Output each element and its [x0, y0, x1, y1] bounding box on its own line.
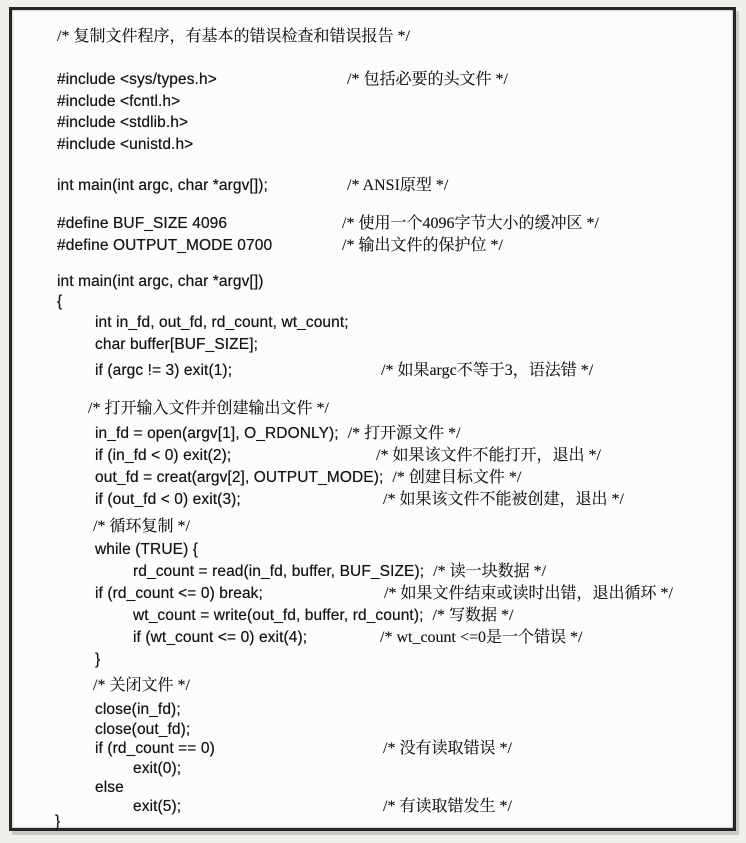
code-text: else [95, 779, 124, 796]
code-text: while (TRUE) { [95, 541, 198, 558]
code-line: if (rd_count == 0)/* 没有读取错误 */ [95, 739, 215, 761]
code-line: while (TRUE) { [95, 540, 198, 562]
code-text: #include <sys/types.h> [57, 71, 217, 88]
code-line: if (rd_count <= 0) break;/* 如果文件结束或读时出错，… [95, 584, 263, 606]
code-listing: /* 复制文件程序，有基本的错误检查和错误报告 */#include <sys/… [0, 0, 746, 843]
code-line: if (wt_count <= 0) exit(4);/* wt_count <… [133, 628, 307, 650]
code-line: if (in_fd < 0) exit(2);/* 如果该文件不能打开，退出 *… [95, 446, 231, 468]
comment-text: /* 如果该文件不能被创建，退出 */ [383, 490, 624, 510]
code-text: #define OUTPUT_MODE 0700 [57, 237, 272, 254]
code-line: in_fd = open(argv[1], O_RDONLY);/* 打开源文件… [95, 424, 461, 446]
code-text: rd_count = read(in_fd, buffer, BUF_SIZE)… [133, 563, 424, 580]
code-text: { [57, 293, 62, 310]
comment-text: /* 关闭文件 */ [93, 677, 190, 694]
code-line: rd_count = read(in_fd, buffer, BUF_SIZE)… [133, 562, 546, 584]
code-text: close(out_fd); [95, 721, 190, 738]
code-line: exit(0); [133, 759, 181, 781]
code-line: #define BUF_SIZE 4096/* 使用一个4096字节大小的缓冲区… [57, 214, 227, 236]
comment-text: /* 读一块数据 */ [433, 563, 546, 580]
code-line: out_fd = creat(argv[2], OUTPUT_MODE);/* … [95, 468, 521, 490]
code-line: /* 打开输入文件并创建输出文件 */ [88, 399, 329, 421]
comment-text: /* 循环复制 */ [93, 518, 190, 535]
code-line: /* 复制文件程序，有基本的错误检查和错误报告 */ [57, 27, 410, 49]
code-line: char buffer[BUF_SIZE]; [95, 335, 258, 357]
code-text: #define BUF_SIZE 4096 [57, 215, 227, 232]
code-text: if (argc != 3) exit(1); [95, 362, 232, 379]
comment-text: /* 输出文件的保护位 */ [342, 236, 503, 256]
comment-text: /* 没有读取错误 */ [383, 739, 512, 759]
code-line: /* 关闭文件 */ [93, 676, 190, 698]
code-line: exit(5);/* 有读取错发生 */ [133, 797, 181, 819]
code-text: int in_fd, out_fd, rd_count, wt_count; [95, 314, 349, 331]
code-text: int main(int argc, char *argv[]); [57, 177, 268, 194]
code-text: } [55, 813, 60, 830]
comment-text: /* 如果该文件不能打开，退出 */ [376, 446, 601, 466]
code-line: { [57, 292, 62, 314]
code-line: #include <sys/types.h>/* 包括必要的头文件 */ [57, 70, 217, 92]
comment-text: /* 如果argc不等于3，语法错 */ [381, 361, 593, 381]
comment-text: /* 创建目标文件 */ [392, 469, 521, 486]
code-text: if (out_fd < 0) exit(3); [95, 491, 241, 508]
code-text: exit(5); [133, 798, 181, 815]
code-text: #include <stdlib.h> [57, 114, 188, 131]
code-line: int main(int argc, char *argv[]);/* ANSI… [57, 176, 268, 198]
code-line: else [95, 778, 124, 800]
code-text: if (rd_count <= 0) break; [95, 585, 263, 602]
comment-text: /* 有读取错发生 */ [383, 797, 512, 817]
code-text: close(in_fd); [95, 701, 181, 718]
comment-text: /* 写数据 */ [433, 607, 514, 624]
code-line: if (argc != 3) exit(1);/* 如果argc不等于3，语法错… [95, 361, 232, 383]
comment-text: /* ANSI原型 */ [347, 176, 448, 196]
code-text: int main(int argc, char *argv[]) [57, 273, 264, 290]
code-text: wt_count = write(out_fd, buffer, rd_coun… [133, 607, 424, 624]
comment-text: /* wt_count <=0是一个错误 */ [380, 628, 583, 648]
code-line: if (out_fd < 0) exit(3);/* 如果该文件不能被创建，退出… [95, 490, 241, 512]
code-text: if (in_fd < 0) exit(2); [95, 447, 231, 464]
comment-text: /* 包括必要的头文件 */ [347, 70, 508, 90]
code-line: #include <unistd.h> [57, 135, 193, 157]
code-text: if (rd_count == 0) [95, 740, 215, 757]
comment-text: /* 如果文件结束或读时出错，退出循环 */ [384, 584, 673, 604]
code-line: /* 循环复制 */ [93, 517, 190, 539]
code-line: } [55, 812, 60, 834]
code-text: if (wt_count <= 0) exit(4); [133, 629, 307, 646]
code-line: } [95, 650, 100, 672]
code-line: #include <stdlib.h> [57, 113, 188, 135]
code-line: int in_fd, out_fd, rd_count, wt_count; [95, 313, 349, 335]
code-text: in_fd = open(argv[1], O_RDONLY); [95, 425, 339, 442]
code-line: #define OUTPUT_MODE 0700/* 输出文件的保护位 */ [57, 236, 272, 258]
code-line: wt_count = write(out_fd, buffer, rd_coun… [133, 606, 513, 628]
scanned-page: /* 复制文件程序，有基本的错误检查和错误报告 */#include <sys/… [0, 0, 746, 843]
comment-text: /* 复制文件程序，有基本的错误检查和错误报告 */ [57, 28, 410, 45]
code-line: close(in_fd); [95, 700, 181, 722]
comment-text: /* 打开输入文件并创建输出文件 */ [88, 400, 329, 417]
code-line: #include <fcntl.h> [57, 92, 180, 114]
comment-text: /* 打开源文件 */ [348, 425, 461, 442]
code-text: #include <unistd.h> [57, 136, 193, 153]
comment-text: /* 使用一个4096字节大小的缓冲区 */ [342, 214, 599, 234]
code-line: int main(int argc, char *argv[]) [57, 272, 264, 294]
code-text: out_fd = creat(argv[2], OUTPUT_MODE); [95, 469, 383, 486]
code-text: } [95, 651, 100, 668]
code-text: char buffer[BUF_SIZE]; [95, 336, 258, 353]
code-text: #include <fcntl.h> [57, 93, 180, 110]
code-text: exit(0); [133, 760, 181, 777]
